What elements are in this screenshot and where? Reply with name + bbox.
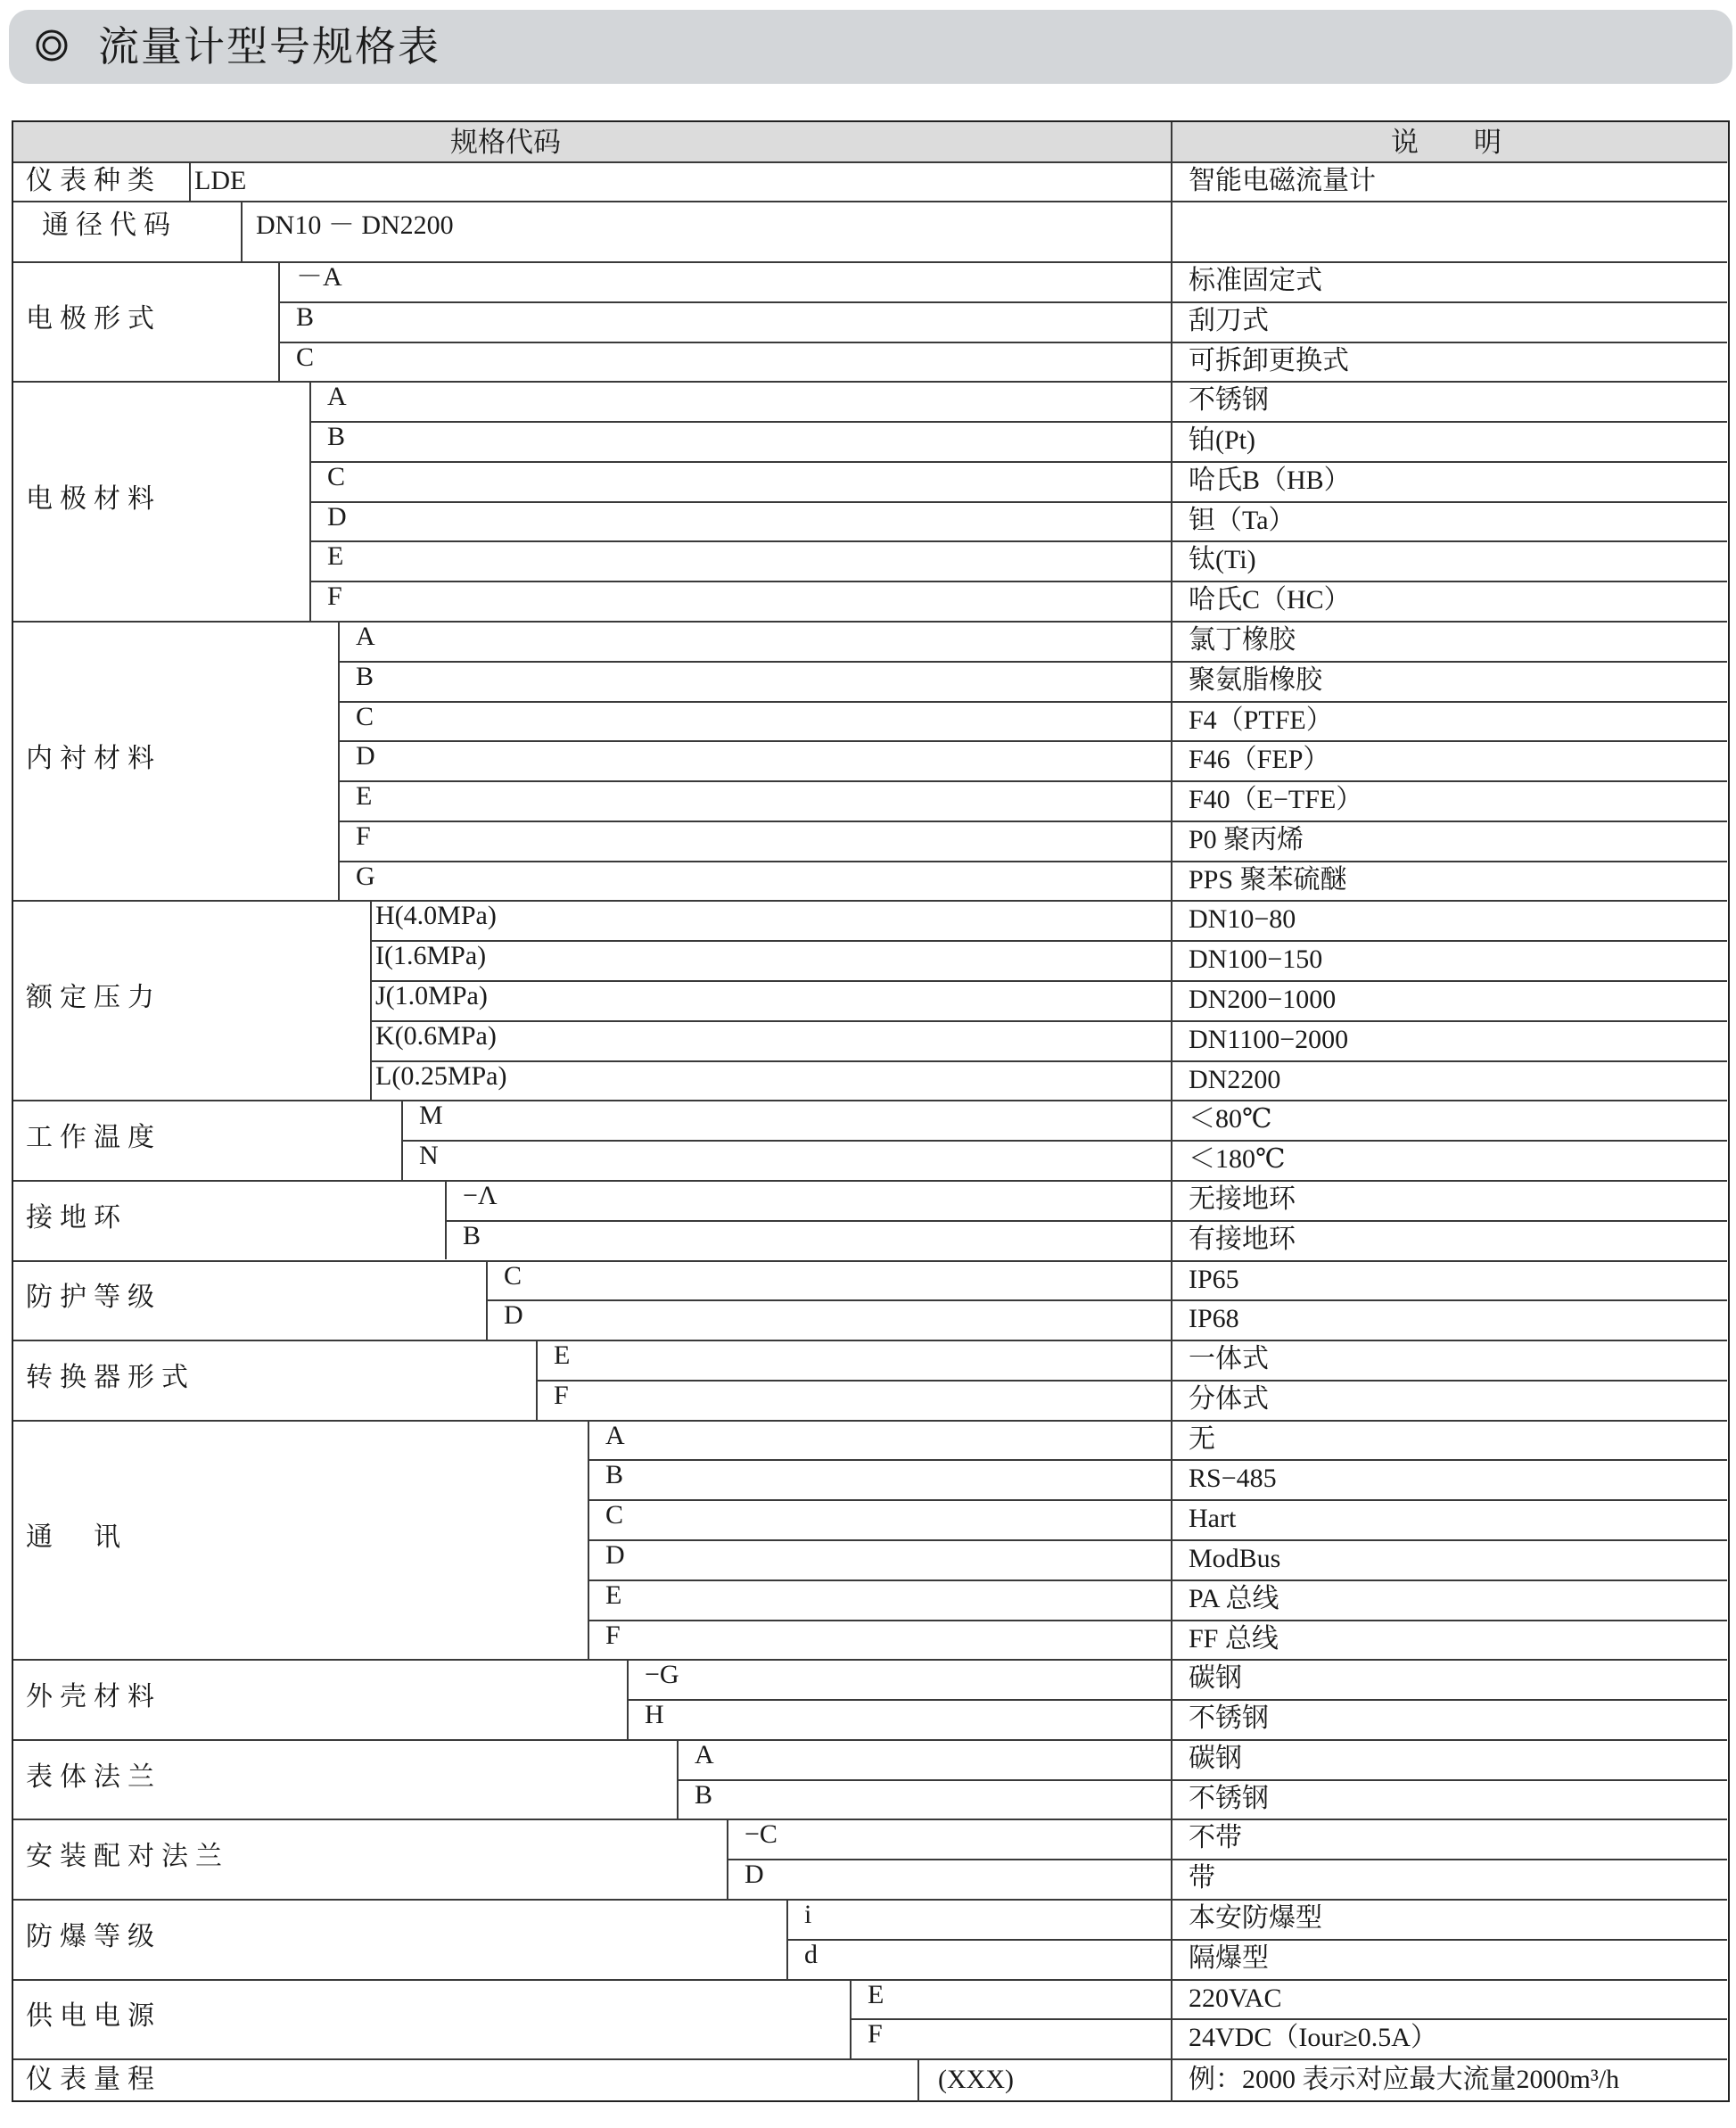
option-description: 标准固定式 <box>1189 261 1322 301</box>
option-code: H <box>645 1695 664 1735</box>
option-code: F <box>356 817 371 856</box>
section-label: 电极形式 <box>26 300 161 339</box>
section-label: 工作温度 <box>26 1118 161 1158</box>
row-divider <box>309 461 1727 463</box>
row-divider <box>727 1859 1727 1860</box>
row-divider <box>338 740 1727 742</box>
row-divider <box>370 1060 1727 1062</box>
option-code: A <box>695 1736 714 1775</box>
row-description: 智能电磁流量计 <box>1189 161 1376 201</box>
row-divider <box>338 701 1727 703</box>
option-description: 可拆卸更换式 <box>1189 342 1349 381</box>
option-description: 隔爆型 <box>1189 1939 1269 1978</box>
option-description: 一体式 <box>1189 1340 1269 1379</box>
column-divider <box>370 900 372 1100</box>
option-code: −Λ <box>463 1176 498 1216</box>
row-divider <box>13 900 1727 902</box>
option-description: 钛(Ti) <box>1189 540 1256 580</box>
option-description: F40（E−TFE） <box>1189 780 1362 820</box>
option-description: DN1100−2000 <box>1189 1020 1348 1060</box>
option-description: 钽（Ta） <box>1189 501 1296 540</box>
option-code: −G <box>645 1655 679 1695</box>
option-code: F <box>605 1616 621 1655</box>
row-divider <box>13 1739 1727 1741</box>
option-description: 氯丁橡胶 <box>1189 621 1296 660</box>
section-label: 电极材料 <box>26 480 161 519</box>
row-divider <box>13 381 1727 383</box>
row-description: 例：2000 表示对应最大流量2000m³/h <box>1189 2060 1619 2099</box>
option-code: E <box>327 537 343 576</box>
option-code: N <box>419 1136 439 1175</box>
option-code: M <box>419 1096 443 1135</box>
option-code: B <box>695 1776 712 1815</box>
row-label: 仪表量程 <box>26 2060 161 2099</box>
option-description: Hart <box>1189 1499 1236 1538</box>
option-description: RS−485 <box>1189 1459 1277 1498</box>
option-code: E <box>868 1975 884 2015</box>
option-description: 不带 <box>1189 1819 1242 1858</box>
row-label: 通径代码 <box>42 206 177 245</box>
option-description: FF 总线 <box>1189 1620 1279 1659</box>
option-description: 24VDC（Iour≥0.5A） <box>1189 2018 1437 2058</box>
option-description: 碳钢 <box>1189 1739 1242 1778</box>
option-description: 有接地环 <box>1189 1220 1296 1259</box>
option-code: －A <box>296 258 342 297</box>
option-code: B <box>296 298 314 337</box>
row-divider <box>13 1899 1727 1901</box>
column-divider <box>189 161 191 201</box>
option-code: F <box>327 577 342 616</box>
option-description: ＜180℃ <box>1189 1140 1286 1179</box>
option-code: C <box>605 1496 623 1535</box>
row-divider <box>309 501 1727 503</box>
option-description: IP68 <box>1189 1299 1239 1339</box>
option-code: G <box>356 857 375 896</box>
option-description: 带 <box>1189 1859 1215 1898</box>
row-divider <box>370 940 1727 942</box>
option-description: 聚氨脂橡胶 <box>1189 661 1322 700</box>
option-description: 无 <box>1189 1420 1215 1459</box>
row-divider <box>13 1659 1727 1661</box>
row-divider <box>338 821 1727 822</box>
row-divider <box>13 1420 1727 1422</box>
row-divider <box>13 261 1727 263</box>
option-description: 不锈钢 <box>1189 1779 1269 1819</box>
row-divider <box>627 1699 1727 1701</box>
row-divider <box>401 1140 1727 1142</box>
option-code: F <box>868 2015 883 2054</box>
option-code: E <box>356 777 372 816</box>
row-divider <box>13 1260 1727 1262</box>
option-code: B <box>327 417 345 457</box>
section-label: 表体法兰 <box>26 1758 161 1797</box>
option-description: 不锈钢 <box>1189 381 1269 420</box>
option-code: −C <box>745 1815 777 1854</box>
option-description: 本安防爆型 <box>1189 1899 1322 1938</box>
option-code: i <box>804 1895 811 1934</box>
header-description: 说 明 <box>1391 122 1502 163</box>
option-description: DN10−80 <box>1189 900 1296 939</box>
option-code: I(1.6MPa) <box>375 936 486 976</box>
option-description: 哈氏B（HB） <box>1189 461 1351 500</box>
row-divider <box>486 1299 1727 1301</box>
row-divider <box>338 780 1727 782</box>
title-bar: 流量计型号规格表 <box>9 10 1732 84</box>
option-code: A <box>356 617 375 656</box>
option-description: P0 聚丙烯 <box>1189 821 1304 860</box>
section-label: 外壳材料 <box>26 1678 161 1717</box>
option-code: D <box>504 1296 523 1335</box>
row-divider <box>588 1539 1727 1541</box>
option-code: L(0.25MPa) <box>375 1057 506 1096</box>
option-description: 不锈钢 <box>1189 1699 1269 1738</box>
row-divider <box>309 421 1727 423</box>
option-code: C <box>296 338 314 377</box>
section-label: 通 讯 <box>26 1518 128 1557</box>
option-description: 分体式 <box>1189 1380 1269 1419</box>
option-code: C <box>356 697 374 737</box>
row-divider <box>536 1380 1727 1382</box>
option-description: 碳钢 <box>1189 1659 1242 1698</box>
row-divider <box>13 201 1727 202</box>
double-circle-icon <box>34 28 70 63</box>
row-divider <box>588 1499 1727 1501</box>
option-description: IP65 <box>1189 1260 1239 1299</box>
option-code: E <box>605 1576 621 1615</box>
row-divider <box>370 980 1727 982</box>
option-code: D <box>745 1855 764 1894</box>
row-divider <box>338 661 1727 663</box>
page-title: 流量计型号规格表 <box>98 22 440 70</box>
option-description: F46（FEP） <box>1189 740 1329 779</box>
column-divider <box>278 261 280 381</box>
section-label: 防爆等级 <box>26 1918 161 1957</box>
row-code: DN10 － DN2200 <box>256 206 454 245</box>
option-code: A <box>605 1416 625 1456</box>
row-code: (XXX) <box>938 2060 1014 2099</box>
option-code: H(4.0MPa) <box>375 896 497 936</box>
column-divider <box>917 2058 919 2102</box>
option-code: F <box>554 1376 569 1415</box>
column-divider <box>338 621 340 900</box>
section-label: 额定压力 <box>26 978 161 1018</box>
option-code: D <box>356 737 375 776</box>
option-description: PPS 聚苯硫醚 <box>1189 861 1347 900</box>
option-description: 铂(Pt) <box>1189 421 1255 460</box>
option-code: B <box>356 657 374 697</box>
option-code: d <box>804 1935 818 1975</box>
row-divider <box>309 581 1727 582</box>
option-code: J(1.0MPa) <box>375 977 488 1016</box>
row-divider <box>309 540 1727 542</box>
row-divider <box>588 1459 1727 1461</box>
option-code: B <box>463 1217 481 1256</box>
row-divider <box>445 1220 1727 1222</box>
row-divider <box>588 1620 1727 1621</box>
option-code: B <box>605 1456 623 1495</box>
row-divider <box>13 1100 1727 1101</box>
row-divider <box>13 1180 1727 1182</box>
option-description: ModBus <box>1189 1539 1280 1579</box>
row-divider <box>588 1580 1727 1581</box>
row-code: LDE <box>194 161 246 201</box>
row-divider <box>13 621 1727 623</box>
option-code: C <box>327 458 345 497</box>
section-label: 安装配对法兰 <box>26 1837 229 1876</box>
section-label: 接地环 <box>26 1199 128 1238</box>
option-description: PA 总线 <box>1189 1580 1279 1619</box>
row-divider <box>370 1020 1727 1022</box>
option-description: F4（PTFE） <box>1189 701 1333 740</box>
row-divider <box>338 861 1727 862</box>
option-description: 无接地环 <box>1189 1180 1296 1219</box>
option-code: A <box>327 377 347 417</box>
option-description: DN2200 <box>1189 1060 1280 1100</box>
header-spec-code: 规格代码 <box>450 122 561 163</box>
option-code: K(0.6MPa) <box>375 1017 497 1056</box>
option-code: D <box>605 1536 625 1575</box>
option-description: DN100−150 <box>1189 940 1322 979</box>
option-description: ＜80℃ <box>1189 1100 1272 1139</box>
column-divider <box>241 201 243 261</box>
section-label: 内衬材料 <box>26 739 161 779</box>
option-description: 220VAC <box>1189 1979 1281 2018</box>
row-label: 仪表种类 <box>26 161 161 201</box>
section-label: 转换器形式 <box>26 1358 195 1398</box>
row-divider <box>278 342 1727 343</box>
section-label: 供电电源 <box>26 1997 161 2036</box>
row-divider <box>278 301 1727 303</box>
option-description: DN200−1000 <box>1189 980 1336 1019</box>
option-description: 刮刀式 <box>1189 301 1269 341</box>
option-code: E <box>554 1336 570 1375</box>
option-code: D <box>327 498 347 537</box>
column-divider <box>1171 122 1172 2102</box>
option-description: 哈氏C（HC） <box>1189 581 1351 620</box>
option-code: C <box>504 1257 522 1296</box>
spec-table: 规格代码 说 明 仪表种类LDE智能电磁流量计通径代码DN10 － DN2200… <box>12 120 1730 2102</box>
section-label: 防护等级 <box>26 1278 161 1317</box>
row-divider <box>13 1819 1727 1820</box>
row-divider <box>13 161 1727 163</box>
row-divider <box>13 1340 1727 1341</box>
